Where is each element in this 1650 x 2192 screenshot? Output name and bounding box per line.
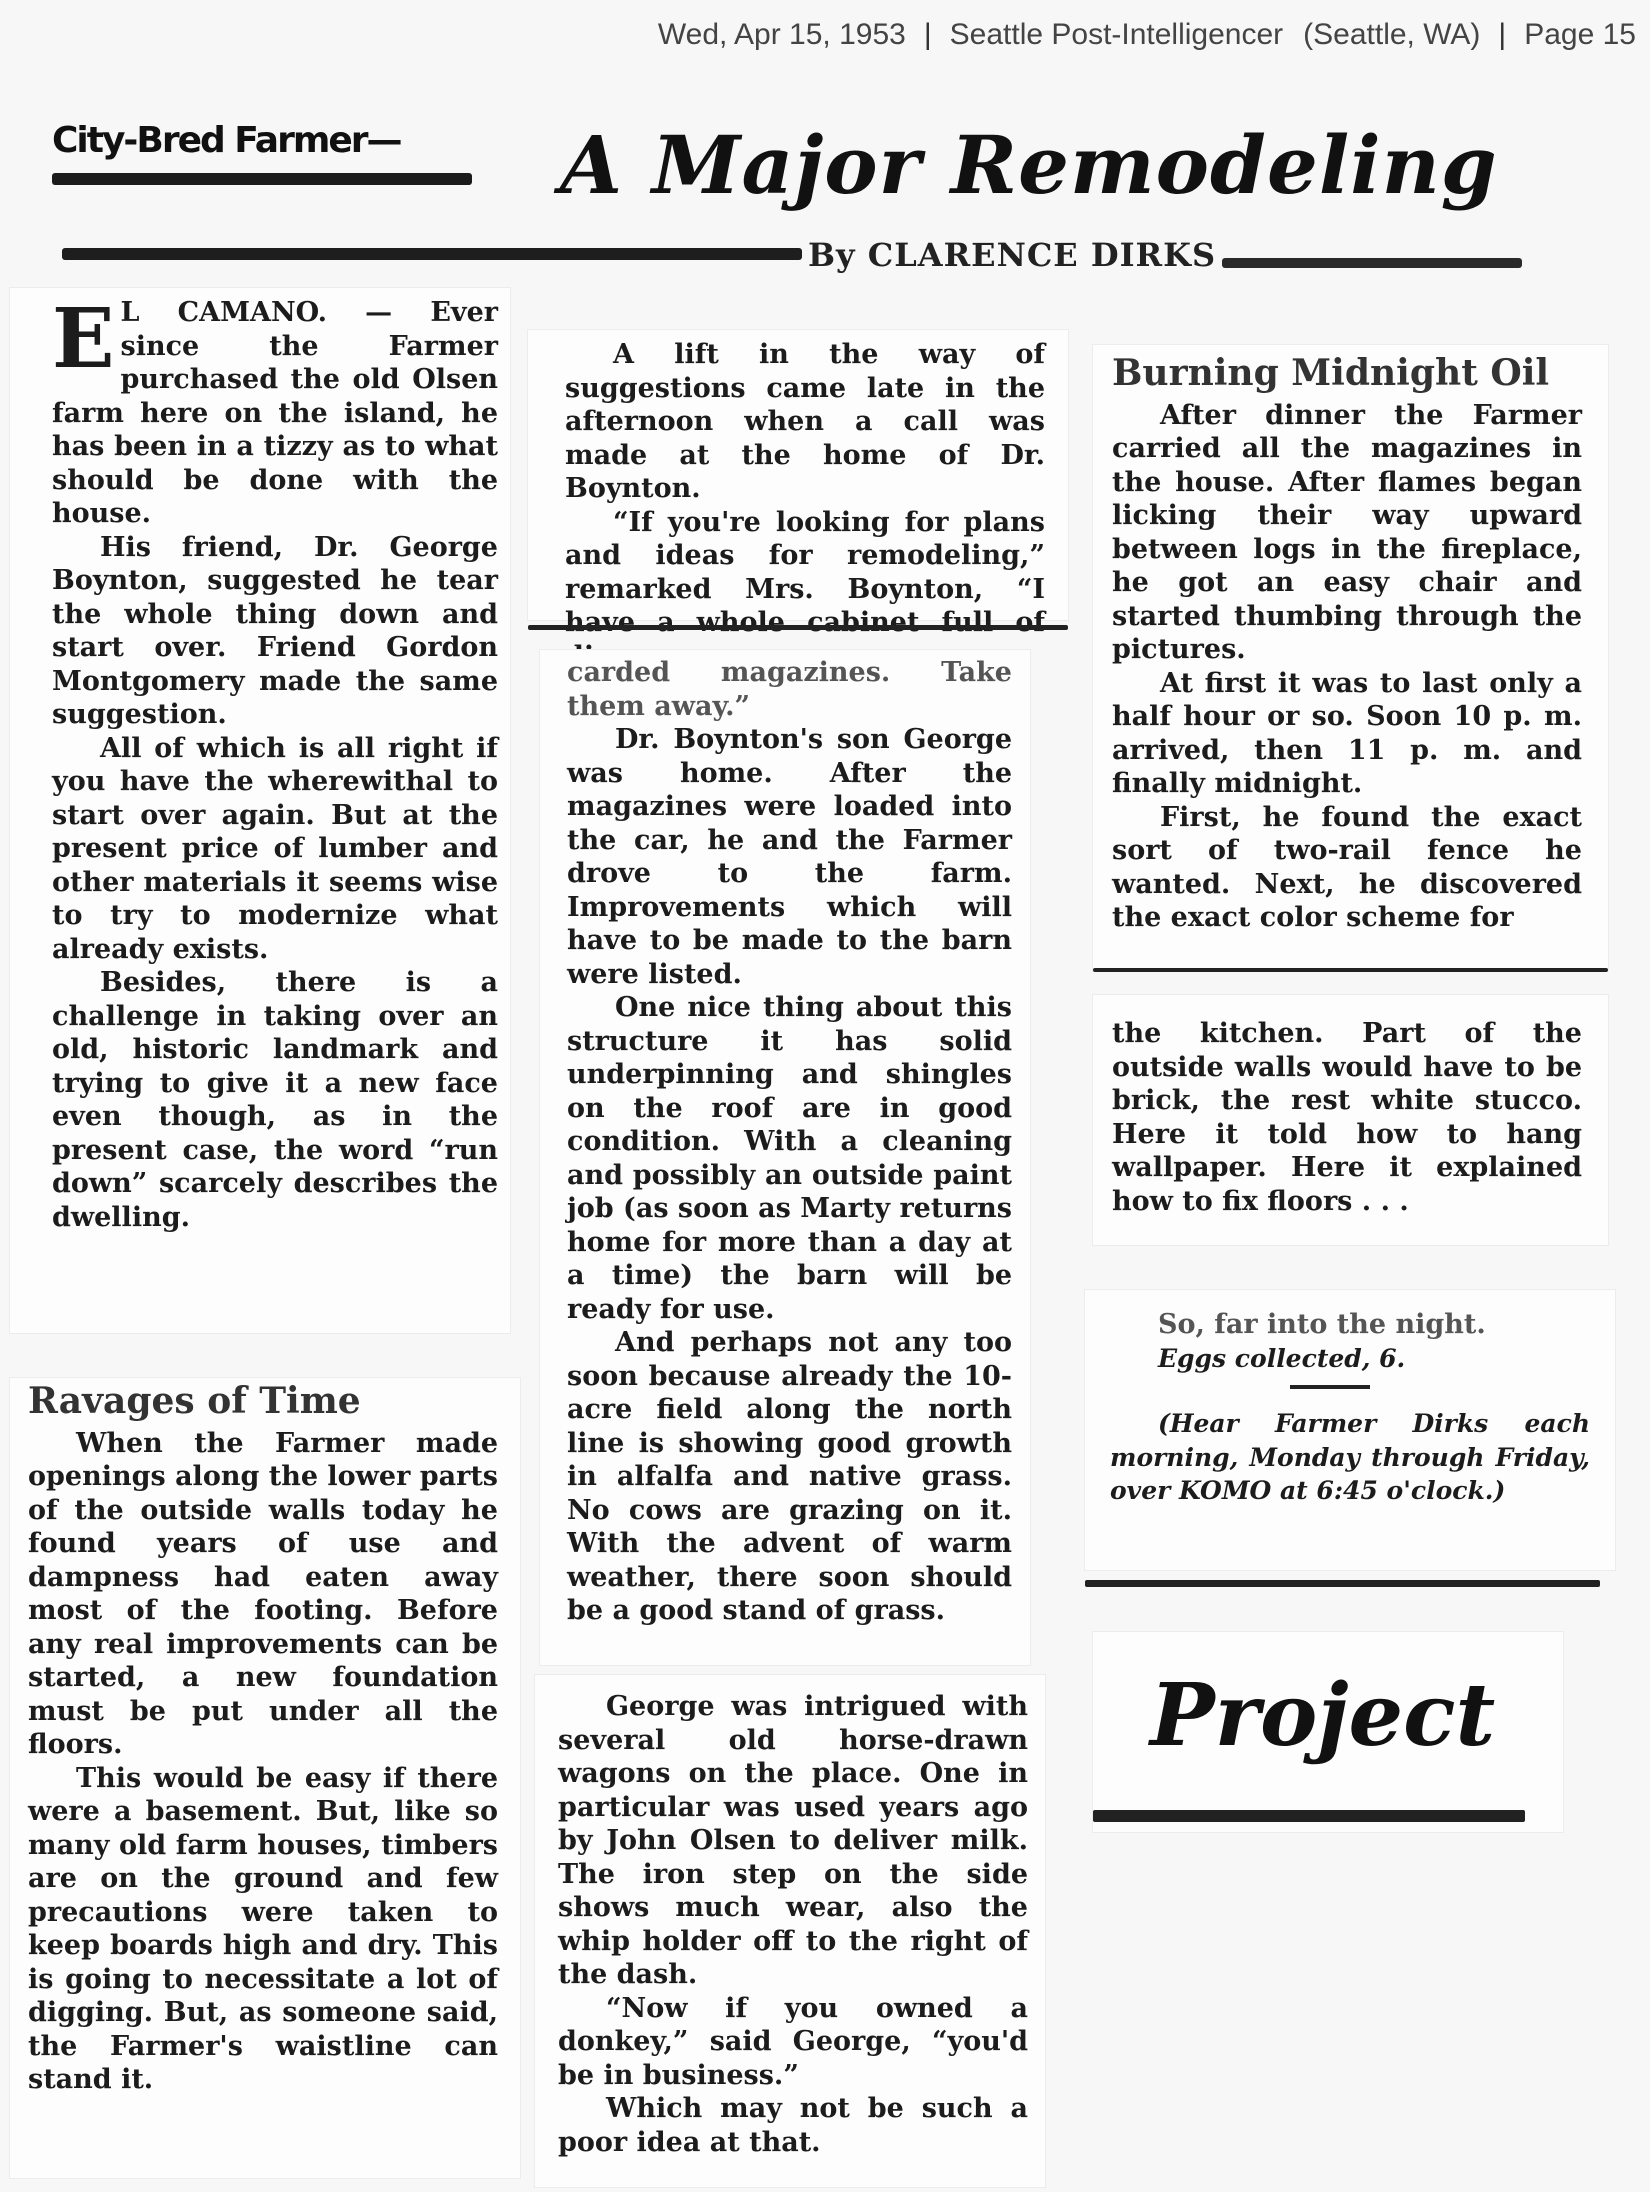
source-info-bar: Wed, Apr 15, 1953 | Seattle Post-Intelli… xyxy=(0,0,1650,70)
paragraph: “If you're looking for plans and ideas f… xyxy=(565,506,1045,674)
column-1-continued: Ravages of Time When the Farmer made ope… xyxy=(28,1385,498,2097)
paragraph: At first it was to last only a half hour… xyxy=(1112,667,1582,801)
divider xyxy=(1290,1385,1370,1389)
column-2a: A lift in the way of suggestions came la… xyxy=(565,338,1045,673)
article-headline: A Major Remodeling xyxy=(560,118,1498,212)
paragraph: Which may not be such a poor idea at tha… xyxy=(558,2092,1028,2159)
column-rule xyxy=(1093,968,1608,972)
article-byline: By CLARENCE DIRKS xyxy=(808,236,1216,274)
subhead: Ravages of Time xyxy=(28,1385,498,1419)
column-1: EL CAMANO. — Ever since the Farmer purch… xyxy=(52,296,498,1234)
column-rule xyxy=(1085,1580,1600,1587)
footer-rule xyxy=(1093,1810,1525,1822)
paragraph: the kitchen. Part of the outside walls w… xyxy=(1112,1017,1582,1218)
publication-name: Seattle Post-Intelligencer xyxy=(950,18,1284,52)
kicker-rule xyxy=(52,173,472,185)
paragraph: L CAMANO. — Ever since the Farmer purcha… xyxy=(52,297,498,529)
paragraph: His friend, Dr. George Boynton, suggeste… xyxy=(52,531,498,732)
byline-rule xyxy=(1222,258,1522,268)
paragraph: When the Farmer made openings along the … xyxy=(28,1427,498,1762)
column-3b: the kitchen. Part of the outside walls w… xyxy=(1112,1017,1582,1218)
paragraph: “Now if you owned a donkey,” said George… xyxy=(558,1992,1028,2093)
publication-location: (Seattle, WA) xyxy=(1303,18,1480,52)
drop-cap: E xyxy=(52,304,115,374)
paragraph: carded magazines. Take them away.” xyxy=(567,656,1012,723)
article-kicker: City-Bred Farmer— xyxy=(52,120,401,161)
column-2c: George was intrigued with several old ho… xyxy=(558,1690,1028,2159)
separator: | xyxy=(924,18,932,52)
page-number: Page 15 xyxy=(1524,18,1636,52)
separator: | xyxy=(1498,18,1506,52)
paragraph: Eggs collected, 6. xyxy=(1110,1342,1590,1376)
paragraph: After dinner the Farmer carried all the … xyxy=(1112,399,1582,667)
column-rule xyxy=(528,625,1068,630)
paragraph: A lift in the way of suggestions came la… xyxy=(565,338,1045,506)
paragraph: Besides, there is a challenge in taking … xyxy=(52,966,498,1234)
paragraph: One nice thing about this structure it h… xyxy=(567,991,1012,1326)
paragraph: First, he found the exact sort of two-ra… xyxy=(1112,801,1582,935)
paragraph: This would be easy if there were a basem… xyxy=(28,1762,498,2097)
column-3a: Burning Midnight Oil After dinner the Fa… xyxy=(1112,357,1582,935)
paragraph: And perhaps not any too soon because alr… xyxy=(567,1326,1012,1628)
column-2b: carded magazines. Take them away.” Dr. B… xyxy=(567,656,1012,1628)
paragraph: All of which is all right if you have th… xyxy=(52,732,498,967)
footer-label: Project xyxy=(1150,1665,1495,1766)
column-3c: So, far into the night. Eggs collected, … xyxy=(1110,1308,1590,1508)
subhead: Burning Midnight Oil xyxy=(1112,357,1582,391)
publication-date: Wed, Apr 15, 1953 xyxy=(658,18,906,52)
paragraph: So, far into the night. xyxy=(1110,1308,1590,1342)
paragraph: George was intrigued with several old ho… xyxy=(558,1690,1028,1992)
paragraph: Dr. Boynton's son George was home. After… xyxy=(567,723,1012,991)
radio-note: (Hear Farmer Dirks each morning, Monday … xyxy=(1110,1407,1590,1508)
byline-rule xyxy=(62,248,802,260)
